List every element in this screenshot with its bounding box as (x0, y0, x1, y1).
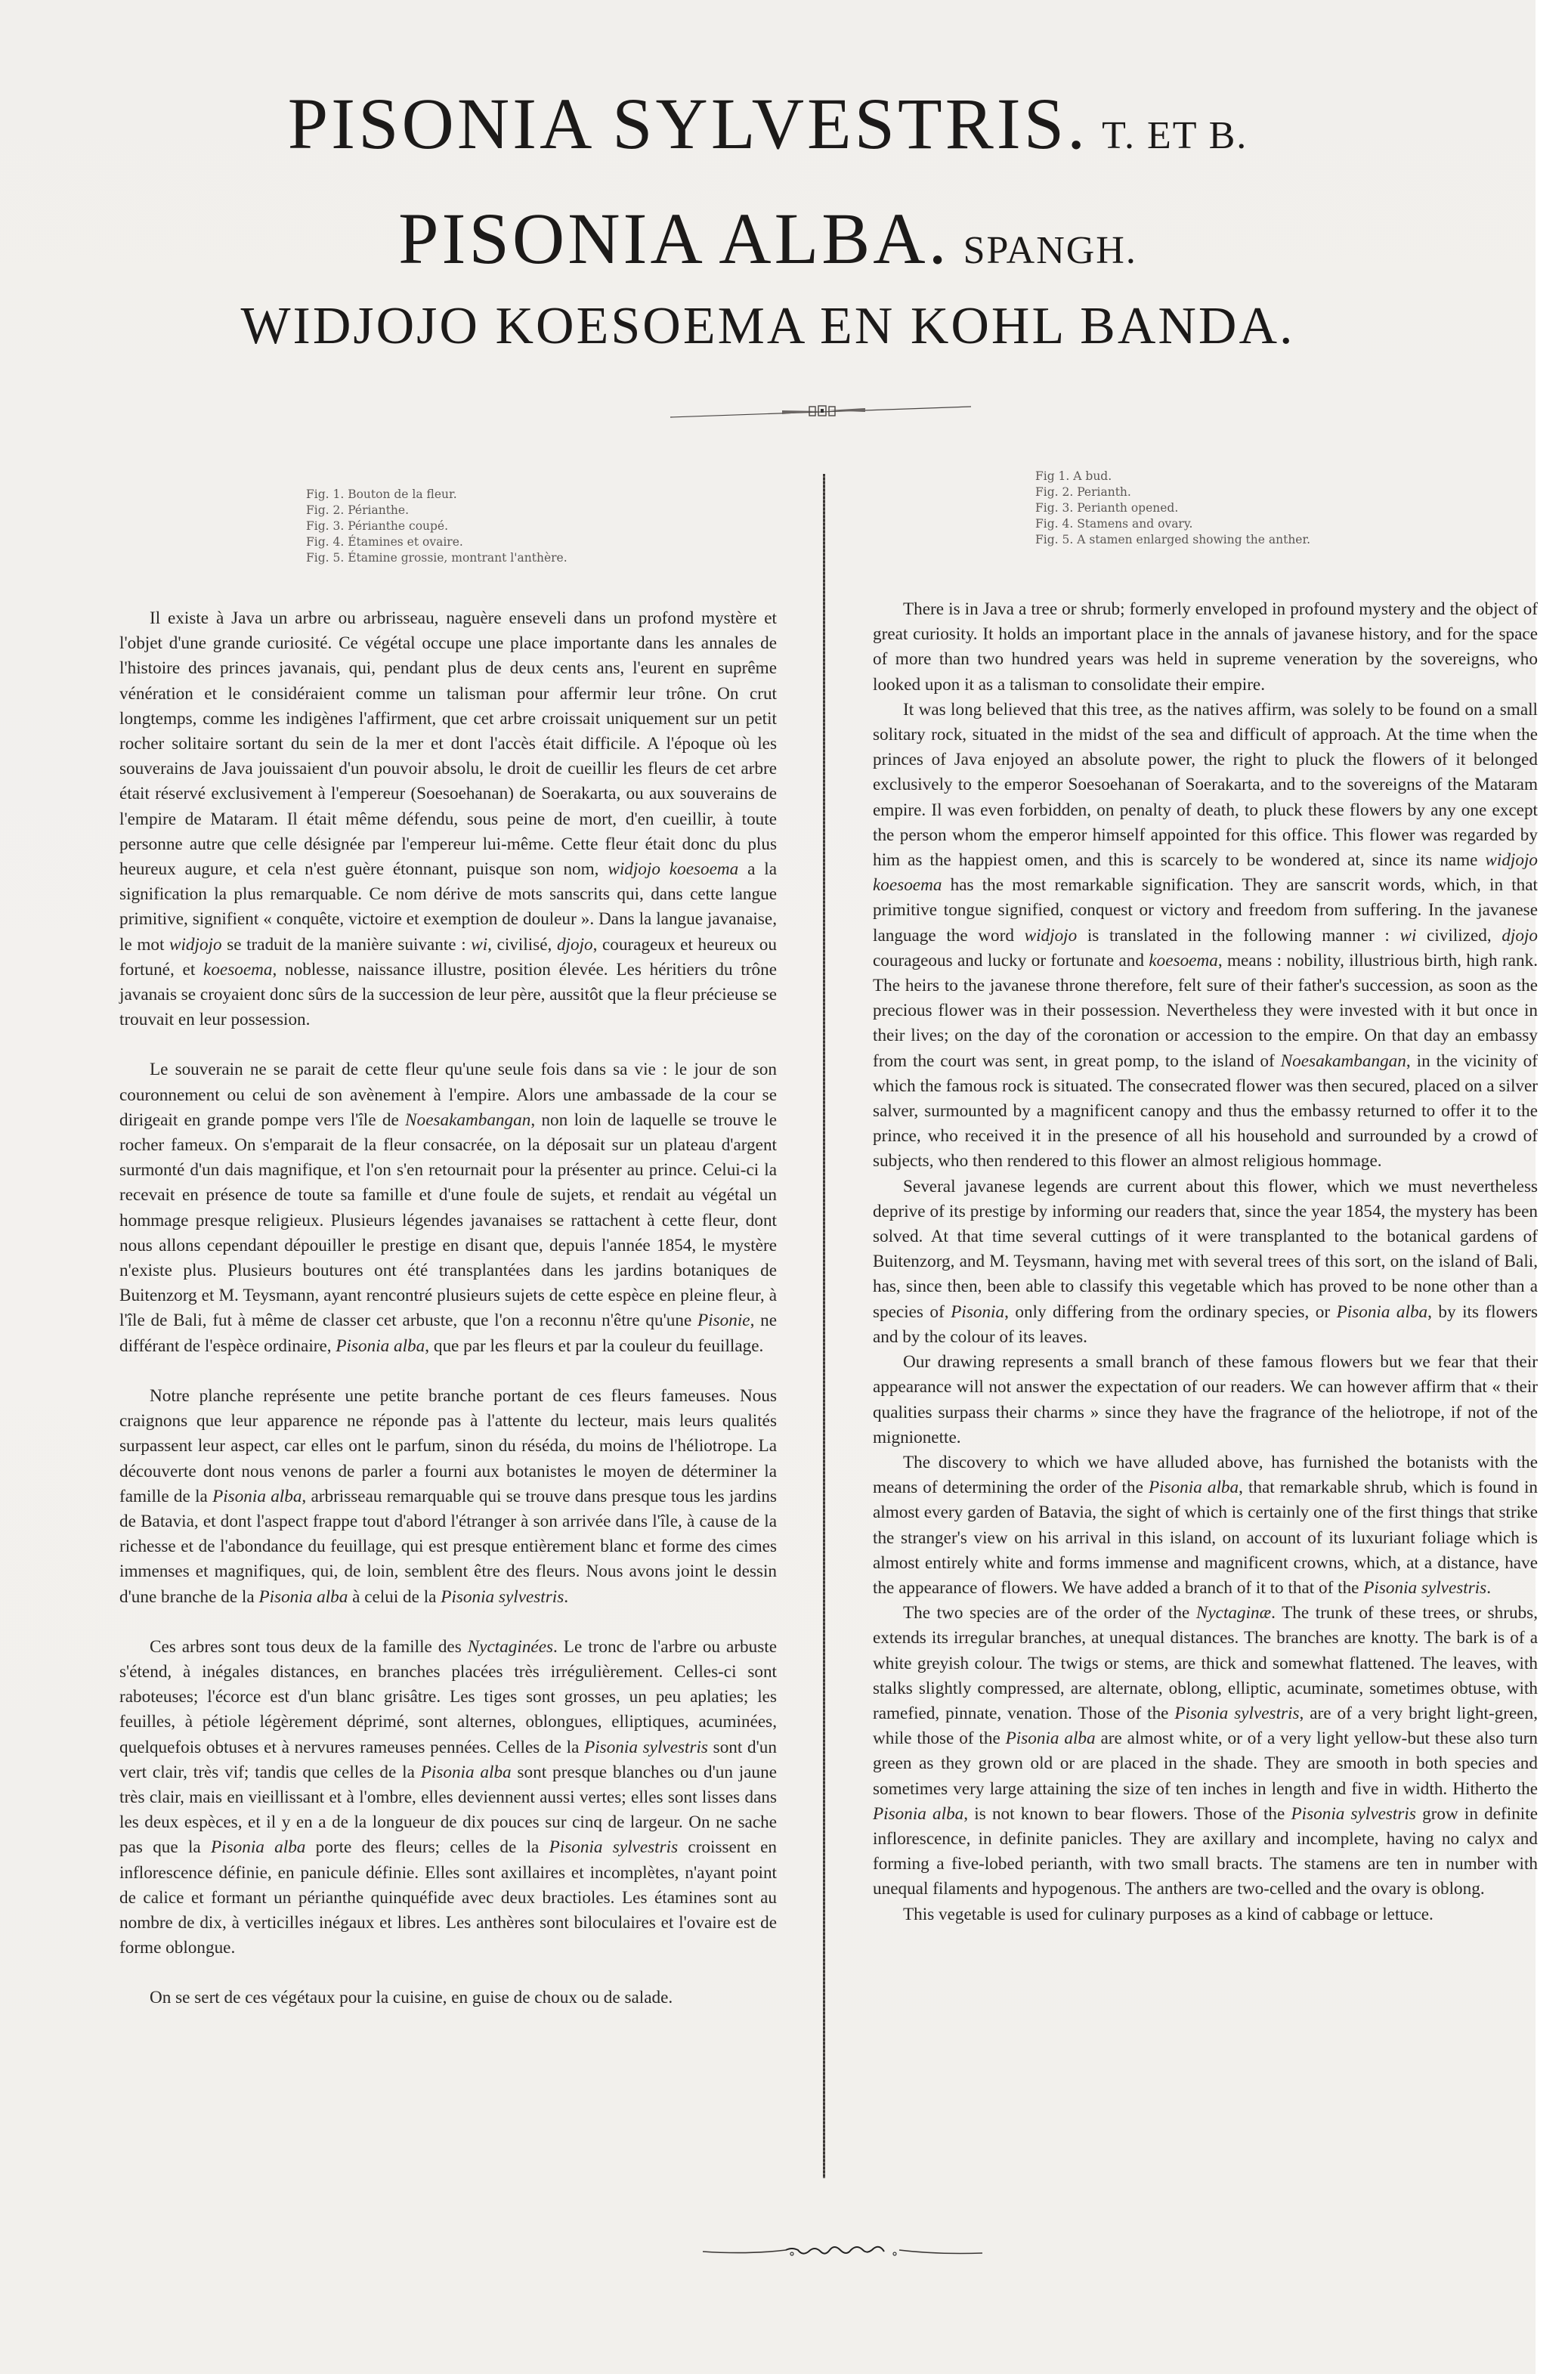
rule-ornament-icon (669, 401, 979, 423)
title-line-vernacular: WIDJOJO KOESOEMA EN KOHL BANDA. (0, 296, 1536, 357)
species-name: PISONIA SYLVESTRIS. (288, 83, 1088, 164)
figure-caption: Fig 1. A bud. (1035, 469, 1310, 484)
species-authority: T. ET B. (1102, 114, 1248, 157)
figure-legend-english: Fig 1. A bud. Fig. 2. Perianth. Fig. 3. … (1035, 469, 1310, 548)
column-divider (823, 474, 825, 2178)
paragraph: Notre planche représente une petite bran… (119, 1384, 777, 1610)
paragraph: This vegetable is used for culinary purp… (873, 1902, 1538, 1927)
paragraph: Several javanese legends are current abo… (873, 1175, 1538, 1350)
species-authority: SPANGH. (963, 229, 1137, 272)
paragraph: Il existe à Java un arbre ou arbrisseau,… (119, 606, 777, 1032)
figure-caption: Fig. 5. A stamen enlarged showing the an… (1035, 532, 1310, 548)
figure-caption: Fig. 2. Périanthe. (306, 503, 568, 518)
paragraph: Our drawing represents a small branch of… (873, 1350, 1538, 1450)
figure-caption: Fig. 3. Perianth opened. (1035, 500, 1310, 516)
figure-caption: Fig. 5. Étamine grossie, montrant l'anth… (306, 550, 568, 566)
paragraph: The discovery to which we have alluded a… (873, 1450, 1538, 1601)
figure-legend-french: Fig. 1. Bouton de la fleur. Fig. 2. Péri… (306, 487, 568, 566)
figure-caption: Fig. 3. Périanthe coupé. (306, 518, 568, 534)
title-line-pisonia-alba: PISONIA ALBA.SPANGH. (0, 197, 1536, 280)
paragraph: Ces arbres sont tous deux de la famille … (119, 1635, 777, 1961)
figure-caption: Fig. 4. Étamines et ovaire. (306, 534, 568, 550)
paragraph: Le souverain ne se parait de cette fleur… (119, 1057, 777, 1358)
figure-caption: Fig. 4. Stamens and ovary. (1035, 516, 1310, 532)
species-name: PISONIA ALBA. (398, 198, 949, 279)
english-text-column: There is in Java a tree or shrub; former… (873, 597, 1538, 1927)
tailpiece-ornament-icon (703, 2241, 982, 2264)
plate-page: PISONIA SYLVESTRIS.T. ET B. PISONIA ALBA… (0, 0, 1536, 2374)
figure-caption: Fig. 1. Bouton de la fleur. (306, 487, 568, 503)
paragraph: The two species are of the order of the … (873, 1601, 1538, 1902)
paragraph: It was long believed that this tree, as … (873, 698, 1538, 1175)
title-line-pisonia-sylvestris: PISONIA SYLVESTRIS.T. ET B. (0, 82, 1536, 166)
paragraph: There is in Java a tree or shrub; former… (873, 597, 1538, 698)
paragraph: On se sert de ces végétaux pour la cuisi… (119, 1986, 777, 2010)
french-text-column: Il existe à Java un arbre ou arbrisseau,… (119, 606, 777, 2036)
vernacular-name: WIDJOJO KOESOEMA EN KOHL BANDA. (240, 297, 1294, 355)
figure-caption: Fig. 2. Perianth. (1035, 484, 1310, 500)
